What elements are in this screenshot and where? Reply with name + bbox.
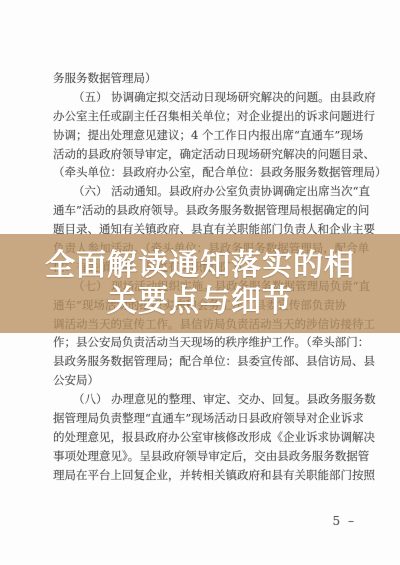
text-line: 事项处理意见》。呈县政府领导审定后，交由县政务服务数据管 <box>53 447 365 466</box>
text-line: 办公室主任或副主任召集相关单位；对企业提出的诉求问题进行 <box>53 107 365 126</box>
text-line: （牵头单位：县政府办公室，配合单位：县政务服务数据管理局） <box>53 163 365 182</box>
banner-title-line2: 关要点与细节 <box>107 284 293 320</box>
document-page: 务服务数据管理局） （五） 协调确定拟交活动日现场研究解决的问题。由县政府 办公… <box>0 0 400 565</box>
text-line: 的处理意见，报县政府办公室审核修改形成《企业诉求协调解决 <box>53 428 365 447</box>
text-line: 理局在平台上回复企业，并转相关镇政府和县有关职能部门按照 <box>53 466 365 485</box>
text-line: 公安局） <box>53 371 365 390</box>
page-number: 5 – <box>333 514 356 528</box>
text-line: 作；县公安局负责活动当天现场的秩序维护工作。（牵头部门： <box>53 333 365 352</box>
text-line: 活动的县政府领导审定，确定活动日现场研究解决的问题目录、 <box>53 145 365 164</box>
banner-title-line1: 全面解读通知落实的相 <box>45 248 355 284</box>
title-banner-overlay: 全面解读通知落实的相 关要点与细节 <box>0 234 400 333</box>
text-line: （八） 办理意见的整理、审定、交办、回复。县政务服务数 <box>53 390 365 409</box>
text-line: 协调；提出处理意见建议；4 个工作日内报出席“直通车”现场 <box>53 126 365 145</box>
text-line: 县政务服务数据管理局；配合单位：县委宣传部、县信访局、县 <box>53 352 365 371</box>
text-line: （六） 活动通知。县政府办公室负责协调确定出席当次“直 <box>53 182 365 201</box>
text-line: 通车”活动的县政府领导。县政务服务数据管理局根据确定的问 <box>53 201 365 220</box>
text-line: 据管理局负责整理“直通车”现场活动日县政府领导对企业诉求 <box>53 409 365 428</box>
text-line: （五） 协调确定拟交活动日现场研究解决的问题。由县政府 <box>53 88 365 107</box>
text-line: 务服务数据管理局） <box>53 69 365 88</box>
